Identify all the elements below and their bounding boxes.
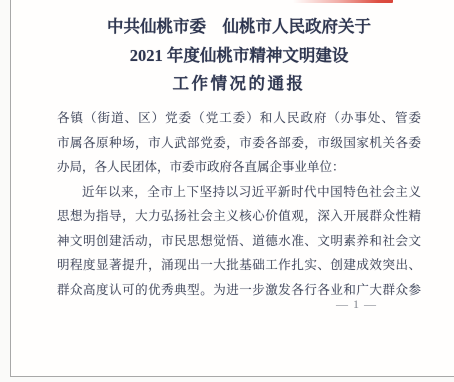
title-line-2: 2021 年度仙桃市精神文明建设: [57, 42, 421, 71]
title-line-1: 中共仙桃市委 仙桃市人民政府关于: [57, 13, 421, 42]
page-number: — 1 —: [336, 297, 377, 312]
title-line-3: 工作情况的通报: [57, 70, 421, 99]
red-letterhead-rule-fragment: [293, 0, 393, 3]
scan-canvas: 中共仙桃市委 仙桃市人民政府关于 2021 年度仙桃市精神文明建设 工作情况的通…: [0, 0, 454, 382]
body-text-line: 近年以来，全市上下坚持以习近平新时代中国特色社会主义: [57, 180, 421, 205]
body-text-line: 明程度显著提升，涌现出一大批基础工作扎实、创建成效突出、: [57, 253, 421, 278]
body-text-line: 各镇（街道、区）党委（党工委）和人民政府（办事处、管委会），: [57, 106, 421, 131]
body-text-line: 市属各原种场，市人武部党委，市委各部委，市级国家机关各委: [57, 131, 421, 156]
body-text-line: 神文明创建活动，市民思想觉悟、道德水准、文明素养和社会文: [57, 229, 421, 254]
body-text-line: 办局，各人民团体，市委市政府各直属企事业单位：: [57, 155, 421, 180]
document-title: 中共仙桃市委 仙桃市人民政府关于 2021 年度仙桃市精神文明建设 工作情况的通…: [57, 13, 421, 99]
body-text-line: 思想为指导，大力弘扬社会主义核心价值观，深入开展群众性精: [57, 204, 421, 229]
document-body: 各镇（街道、区）党委（党工委）和人民政府（办事处、管委会）， 市属各原种场，市人…: [57, 106, 421, 302]
